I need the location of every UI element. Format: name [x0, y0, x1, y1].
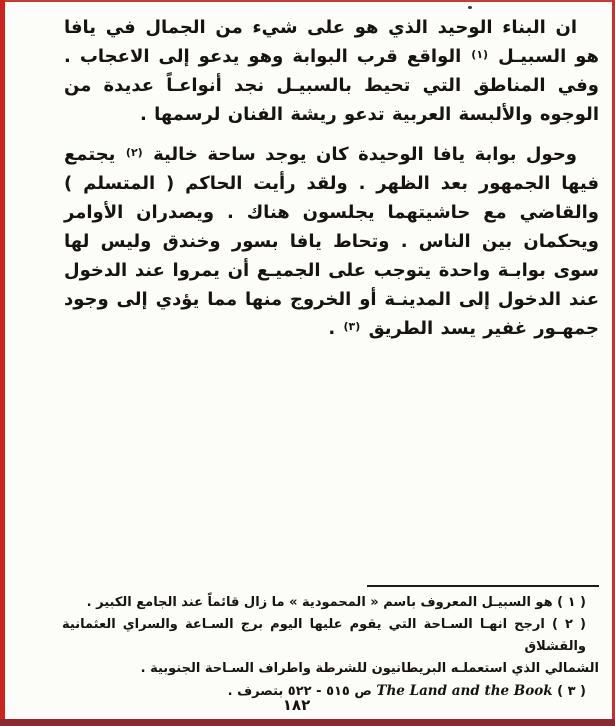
paragraph-text: وحول بوابة يافا الوحيدة كان يوجد ساحة خا… [144, 144, 577, 165]
footnote-1-marker: ( ١ ) [557, 595, 586, 610]
footnote-2-text-line-2: الشمالي الذي استعملـه البريطانيون للشرطة… [141, 661, 599, 676]
footnote-1-text: هو السبيـل المعروف باسم « المحمودية » ما… [87, 595, 553, 610]
page-body: ان البناء الوحيد الذي هو على شيء من الجم… [64, 13, 599, 343]
footnote-2-marker: ( ٢ ) [552, 617, 586, 632]
footnote-1: ( ١ ) هو السبيـل المعروف باسم « المحمودي… [62, 592, 599, 614]
body-paragraph-2: وحول بوابة يافا الوحيدة كان يوجد ساحة خا… [64, 140, 599, 343]
scan-border-top [0, 0, 615, 2]
footnote-separator [367, 585, 599, 587]
body-paragraph-1: ان البناء الوحيد الذي هو على شيء من الجم… [64, 13, 599, 129]
scan-border-bottom [0, 719, 615, 726]
footnote-2-text-line-1: ارجح انهـا السـاحة التي يقوم عليها اليوم… [62, 617, 586, 654]
footnote-2-line-1: ( ٢ ) ارجح انهـا السـاحة التي يقوم عليها… [62, 614, 599, 658]
scan-border-left [0, 0, 5, 726]
scan-speck [468, 6, 472, 9]
page-number: ١٨٢ [0, 696, 615, 714]
footnote-ref-3: (٣) [343, 320, 362, 333]
paragraph-text: . [328, 318, 342, 339]
footnote-ref-2: (٢) [125, 146, 144, 159]
footnotes-section: ( ١ ) هو السبيـل المعروف باسم « المحمودي… [62, 585, 599, 703]
footnote-2-line-2: الشمالي الذي استعملـه البريطانيون للشرطة… [62, 658, 599, 680]
paragraph-text: يجتمع فيها الجمهور بعد الظهر . ولقد رأيت… [64, 144, 599, 339]
footnote-ref-1: (١) [470, 48, 489, 61]
book-page-scan: ان البناء الوحيد الذي هو على شيء من الجم… [0, 0, 615, 726]
